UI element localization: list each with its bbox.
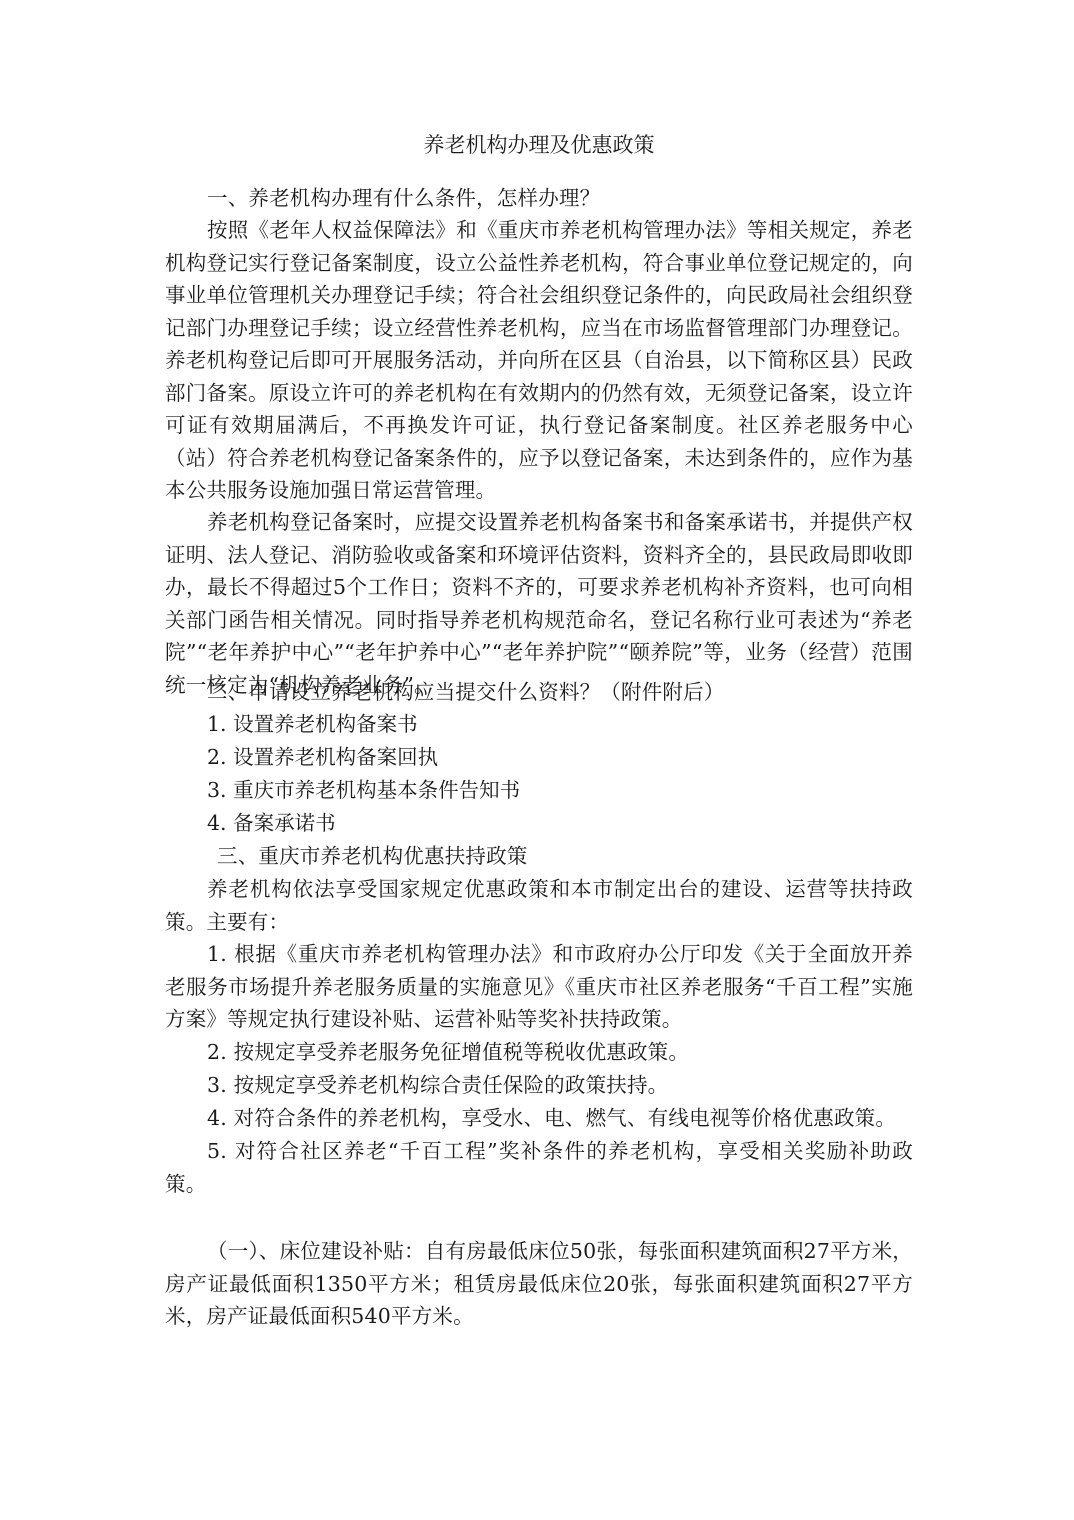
required-document-item: 2. 设置养老机构备案回执 <box>207 741 438 774</box>
policy-item: 1. 根据《重庆市养老机构管理办法》和市政府办公厅印发《关于全面放开养老服务市场… <box>165 938 913 1036</box>
section1-paragraph-1: 按照《老年人权益保障法》和《重庆市养老机构管理办法》等相关规定，养老机构登记实行… <box>165 214 913 507</box>
policy-item: 4. 对符合条件的养老机构，享受水、电、燃气、有线电视等价格优惠政策。 <box>165 1102 913 1135</box>
section2-heading: 二、申请设立养老机构应当提交什么资料？（附件附后） <box>165 676 913 709</box>
section3-intro: 养老机构依法享受国家规定优惠政策和本市制定出台的建设、运营等扶持政策。主要有： <box>165 873 913 938</box>
policy-item: 2. 按规定享受养老服务免征增值税等税收优惠政策。 <box>165 1036 913 1069</box>
section3-heading: 三、重庆市养老机构优惠扶持政策 <box>165 840 913 873</box>
section1-heading: 一、养老机构办理有什么条件，怎样办理？ <box>165 182 913 215</box>
required-document-item: 4. 备案承诺书 <box>207 807 336 840</box>
policy-item: 3. 按规定享受养老机构综合责任保险的政策扶持。 <box>165 1069 913 1102</box>
document-title: 养老机构办理及优惠政策 <box>165 130 913 160</box>
required-document-item: 1. 设置养老机构备案书 <box>207 708 418 741</box>
bed-construction-subsidy: （一）、床位建设补贴：自有房最低床位50张，每张面积建筑面积27平方米，房产证最… <box>165 1235 913 1333</box>
required-document-item: 3. 重庆市养老机构基本条件告知书 <box>207 774 520 807</box>
section1-paragraph-2: 养老机构登记备案时，应提交设置养老机构备案书和备案承诺书，并提供产权证明、法人登… <box>165 506 913 701</box>
policy-item: 5. 对符合社区养老“千百工程”奖补条件的养老机构，享受相关奖励补助政策。 <box>165 1135 913 1200</box>
